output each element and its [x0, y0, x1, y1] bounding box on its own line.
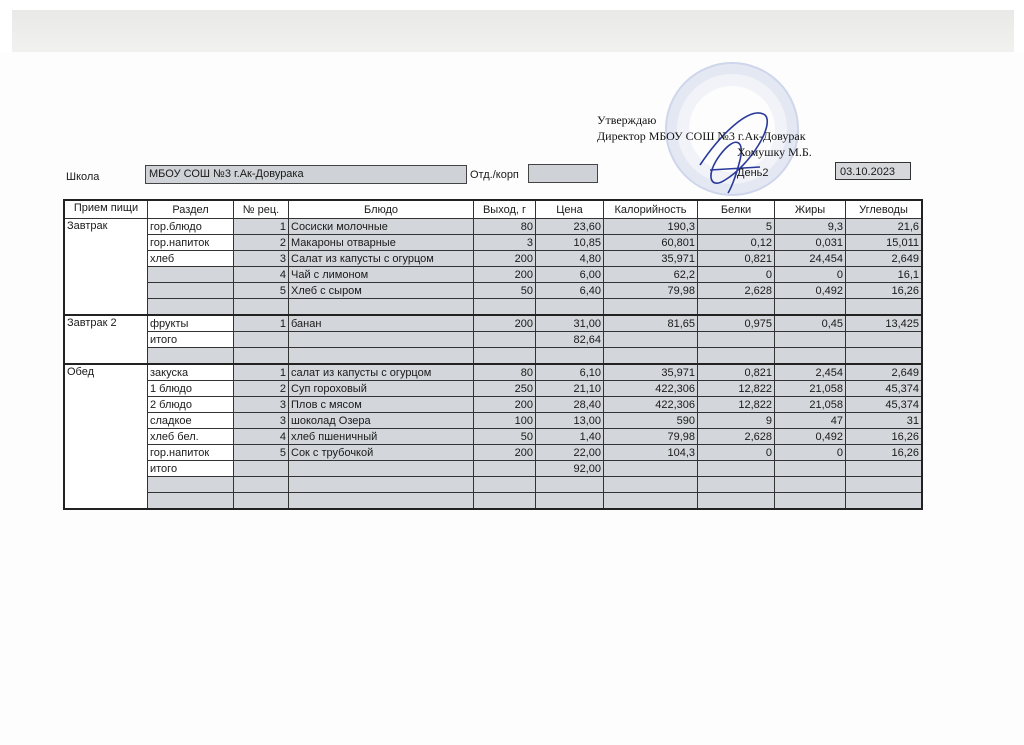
dish-name-cell	[289, 461, 474, 477]
recipe-number-cell: 4	[234, 429, 289, 445]
output-grams-cell: 50	[474, 283, 536, 299]
section-cell: сладкое	[148, 413, 234, 429]
dish-name-cell	[289, 477, 474, 493]
col-header-price: Цена	[536, 200, 604, 219]
dish-name-cell: Хлеб с сыром	[289, 283, 474, 299]
price-cell: 4,80	[536, 251, 604, 267]
recipe-number-cell	[234, 477, 289, 493]
table-row: Завтракгор.блюдо1Сосиски молочные8023,60…	[64, 219, 922, 235]
protein-cell: 5	[698, 219, 775, 235]
output-grams-cell: 50	[474, 429, 536, 445]
table-row: хлеб бел.4хлеб пшеничный501,4079,982,628…	[64, 429, 922, 445]
recipe-number-cell: 1	[234, 315, 289, 332]
col-header-recipe: № рец.	[234, 200, 289, 219]
fat-cell: 21,058	[775, 397, 846, 413]
col-header-section: Раздел	[148, 200, 234, 219]
output-grams-cell	[474, 461, 536, 477]
approval-block: Утверждаю Директор МБОУ СОШ №3 г.Ак-Дову…	[597, 112, 812, 160]
table-row: сладкое3шоколад Озера10013,0059094731	[64, 413, 922, 429]
fat-cell	[775, 332, 846, 348]
table-row: гор.напиток2Макароны отварные310,8560,80…	[64, 235, 922, 251]
dish-name-cell: салат из капусты с огурцом	[289, 364, 474, 381]
calories-cell	[604, 477, 698, 493]
price-cell: 31,00	[536, 315, 604, 332]
dish-name-cell	[289, 348, 474, 365]
table-row	[64, 477, 922, 493]
school-label: Школа	[66, 171, 99, 183]
calories-cell: 190,3	[604, 219, 698, 235]
price-cell: 82,64	[536, 332, 604, 348]
fat-cell: 24,454	[775, 251, 846, 267]
menu-table-body: Завтракгор.блюдо1Сосиски молочные8023,60…	[64, 219, 922, 510]
protein-cell: 12,822	[698, 381, 775, 397]
protein-cell: 0	[698, 267, 775, 283]
carbs-cell: 2,649	[846, 364, 923, 381]
calories-cell: 104,3	[604, 445, 698, 461]
price-cell: 22,00	[536, 445, 604, 461]
section-cell: гор.напиток	[148, 235, 234, 251]
output-grams-cell	[474, 493, 536, 510]
fat-cell: 0	[775, 445, 846, 461]
price-cell: 92,00	[536, 461, 604, 477]
fat-cell	[775, 461, 846, 477]
price-cell: 6,10	[536, 364, 604, 381]
protein-cell	[698, 299, 775, 316]
fat-cell: 2,454	[775, 364, 846, 381]
scan-edge	[12, 10, 1014, 53]
carbs-cell: 16,1	[846, 267, 923, 283]
section-cell	[148, 299, 234, 316]
price-cell: 10,85	[536, 235, 604, 251]
fat-cell: 21,058	[775, 381, 846, 397]
recipe-number-cell	[234, 493, 289, 510]
fat-cell: 0,45	[775, 315, 846, 332]
output-grams-cell: 200	[474, 445, 536, 461]
price-cell	[536, 477, 604, 493]
recipe-number-cell: 3	[234, 397, 289, 413]
price-cell: 6,40	[536, 283, 604, 299]
fat-cell: 0,031	[775, 235, 846, 251]
calories-cell: 590	[604, 413, 698, 429]
output-grams-cell	[474, 332, 536, 348]
table-row	[64, 299, 922, 316]
protein-cell: 0,12	[698, 235, 775, 251]
table-row: Обедзакуска1салат из капусты с огурцом80…	[64, 364, 922, 381]
day-label: День2	[737, 167, 769, 179]
output-grams-cell: 100	[474, 413, 536, 429]
calories-cell: 60,801	[604, 235, 698, 251]
school-field: МБОУ СОШ №3 г.Ак-Довурака	[145, 165, 467, 184]
meal-name: Завтрак	[64, 219, 148, 316]
output-grams-cell: 200	[474, 397, 536, 413]
protein-cell: 12,822	[698, 397, 775, 413]
table-row: гор.напиток5Сок с трубочкой20022,00104,3…	[64, 445, 922, 461]
table-row: Завтрак 2фрукты1банан20031,0081,650,9750…	[64, 315, 922, 332]
dept-label: Отд./корп	[470, 169, 519, 181]
fat-cell: 0,492	[775, 429, 846, 445]
section-cell: 2 блюдо	[148, 397, 234, 413]
carbs-cell: 21,6	[846, 219, 923, 235]
approval-position: Директор МБОУ СОШ №3 г.Ак-Довурак	[597, 128, 812, 144]
carbs-cell	[846, 493, 923, 510]
dish-name-cell: Суп гороховый	[289, 381, 474, 397]
section-cell: итого	[148, 461, 234, 477]
protein-cell: 0,975	[698, 315, 775, 332]
recipe-number-cell	[234, 332, 289, 348]
recipe-number-cell: 1	[234, 219, 289, 235]
section-cell	[148, 267, 234, 283]
table-row: хлеб3Салат из капусты с огурцом2004,8035…	[64, 251, 922, 267]
section-cell: хлеб бел.	[148, 429, 234, 445]
recipe-number-cell: 4	[234, 267, 289, 283]
price-cell	[536, 493, 604, 510]
section-cell: 1 блюдо	[148, 381, 234, 397]
section-cell: гор.напиток	[148, 445, 234, 461]
carbs-cell: 16,26	[846, 445, 923, 461]
carbs-cell: 45,374	[846, 397, 923, 413]
approval-title: Утверждаю	[597, 112, 812, 128]
output-grams-cell	[474, 348, 536, 365]
protein-cell	[698, 332, 775, 348]
dish-name-cell	[289, 332, 474, 348]
price-cell: 1,40	[536, 429, 604, 445]
date-field: 03.10.2023	[835, 162, 911, 180]
output-grams-cell: 80	[474, 219, 536, 235]
table-row: 5Хлеб с сыром506,4079,982,6280,49216,26	[64, 283, 922, 299]
calories-cell	[604, 332, 698, 348]
calories-cell: 422,306	[604, 381, 698, 397]
dish-name-cell	[289, 299, 474, 316]
protein-cell	[698, 477, 775, 493]
section-cell	[148, 283, 234, 299]
price-cell	[536, 348, 604, 365]
fat-cell	[775, 348, 846, 365]
output-grams-cell	[474, 299, 536, 316]
carbs-cell: 13,425	[846, 315, 923, 332]
meal-name: Обед	[64, 364, 148, 509]
protein-cell: 2,628	[698, 283, 775, 299]
section-cell	[148, 477, 234, 493]
price-cell	[536, 299, 604, 316]
output-grams-cell: 3	[474, 235, 536, 251]
dish-name-cell: Салат из капусты с огурцом	[289, 251, 474, 267]
menu-table: Прием пищи Раздел № рец. Блюдо Выход, г …	[63, 199, 923, 510]
output-grams-cell: 200	[474, 251, 536, 267]
protein-cell: 2,628	[698, 429, 775, 445]
col-header-protein: Белки	[698, 200, 775, 219]
dept-field	[528, 164, 598, 183]
calories-cell	[604, 299, 698, 316]
recipe-number-cell: 5	[234, 445, 289, 461]
table-row: 2 блюдо3Плов с мясом20028,40422,30612,82…	[64, 397, 922, 413]
fat-cell	[775, 299, 846, 316]
carbs-cell	[846, 332, 923, 348]
col-header-fat: Жиры	[775, 200, 846, 219]
output-grams-cell: 250	[474, 381, 536, 397]
col-header-dish: Блюдо	[289, 200, 474, 219]
price-cell: 21,10	[536, 381, 604, 397]
price-cell: 6,00	[536, 267, 604, 283]
price-cell: 13,00	[536, 413, 604, 429]
protein-cell	[698, 348, 775, 365]
section-cell: фрукты	[148, 315, 234, 332]
recipe-number-cell	[234, 299, 289, 316]
dish-name-cell: хлеб пшеничный	[289, 429, 474, 445]
section-cell: гор.блюдо	[148, 219, 234, 235]
calories-cell	[604, 348, 698, 365]
carbs-cell: 16,26	[846, 283, 923, 299]
recipe-number-cell	[234, 461, 289, 477]
fat-cell	[775, 493, 846, 510]
section-cell: закуска	[148, 364, 234, 381]
calories-cell	[604, 461, 698, 477]
table-row: итого82,64	[64, 332, 922, 348]
table-row	[64, 348, 922, 365]
dish-name-cell: Макароны отварные	[289, 235, 474, 251]
recipe-number-cell: 3	[234, 251, 289, 267]
dish-name-cell	[289, 493, 474, 510]
recipe-number-cell: 1	[234, 364, 289, 381]
dish-name-cell: Сосиски молочные	[289, 219, 474, 235]
carbs-cell: 31	[846, 413, 923, 429]
meal-name: Завтрак 2	[64, 315, 148, 364]
dish-name-cell: Сок с трубочкой	[289, 445, 474, 461]
carbs-cell: 2,649	[846, 251, 923, 267]
protein-cell	[698, 493, 775, 510]
section-cell	[148, 493, 234, 510]
section-cell: итого	[148, 332, 234, 348]
carbs-cell	[846, 461, 923, 477]
col-header-meal: Прием пищи	[64, 200, 148, 219]
recipe-number-cell: 2	[234, 235, 289, 251]
calories-cell: 35,971	[604, 251, 698, 267]
col-header-calories: Калорийность	[604, 200, 698, 219]
output-grams-cell: 80	[474, 364, 536, 381]
protein-cell: 9	[698, 413, 775, 429]
carbs-cell	[846, 348, 923, 365]
calories-cell: 422,306	[604, 397, 698, 413]
protein-cell	[698, 461, 775, 477]
section-cell	[148, 348, 234, 365]
fat-cell: 0	[775, 267, 846, 283]
price-cell: 23,60	[536, 219, 604, 235]
carbs-cell: 16,26	[846, 429, 923, 445]
carbs-cell	[846, 299, 923, 316]
carbs-cell: 15,011	[846, 235, 923, 251]
col-header-carbs: Углеводы	[846, 200, 923, 219]
calories-cell: 79,98	[604, 429, 698, 445]
protein-cell: 0,821	[698, 364, 775, 381]
price-cell: 28,40	[536, 397, 604, 413]
table-header-row: Прием пищи Раздел № рец. Блюдо Выход, г …	[64, 200, 922, 219]
dish-name-cell: Чай с лимоном	[289, 267, 474, 283]
fat-cell: 0,492	[775, 283, 846, 299]
dish-name-cell: Плов с мясом	[289, 397, 474, 413]
fat-cell: 9,3	[775, 219, 846, 235]
approval-name: Хомушку М.Б.	[597, 144, 812, 160]
output-grams-cell	[474, 477, 536, 493]
calories-cell: 62,2	[604, 267, 698, 283]
protein-cell: 0,821	[698, 251, 775, 267]
table-row	[64, 493, 922, 510]
calories-cell	[604, 493, 698, 510]
table-row: 4Чай с лимоном2006,0062,20016,1	[64, 267, 922, 283]
calories-cell: 81,65	[604, 315, 698, 332]
calories-cell: 35,971	[604, 364, 698, 381]
recipe-number-cell	[234, 348, 289, 365]
recipe-number-cell: 5	[234, 283, 289, 299]
calories-cell: 79,98	[604, 283, 698, 299]
dish-name-cell: шоколад Озера	[289, 413, 474, 429]
protein-cell: 0	[698, 445, 775, 461]
carbs-cell: 45,374	[846, 381, 923, 397]
carbs-cell	[846, 477, 923, 493]
table-row: 1 блюдо2Суп гороховый25021,10422,30612,8…	[64, 381, 922, 397]
table-row: итого92,00	[64, 461, 922, 477]
fat-cell	[775, 477, 846, 493]
fat-cell: 47	[775, 413, 846, 429]
recipe-number-cell: 3	[234, 413, 289, 429]
dish-name-cell: банан	[289, 315, 474, 332]
col-header-output: Выход, г	[474, 200, 536, 219]
output-grams-cell: 200	[474, 267, 536, 283]
section-cell: хлеб	[148, 251, 234, 267]
recipe-number-cell: 2	[234, 381, 289, 397]
output-grams-cell: 200	[474, 315, 536, 332]
